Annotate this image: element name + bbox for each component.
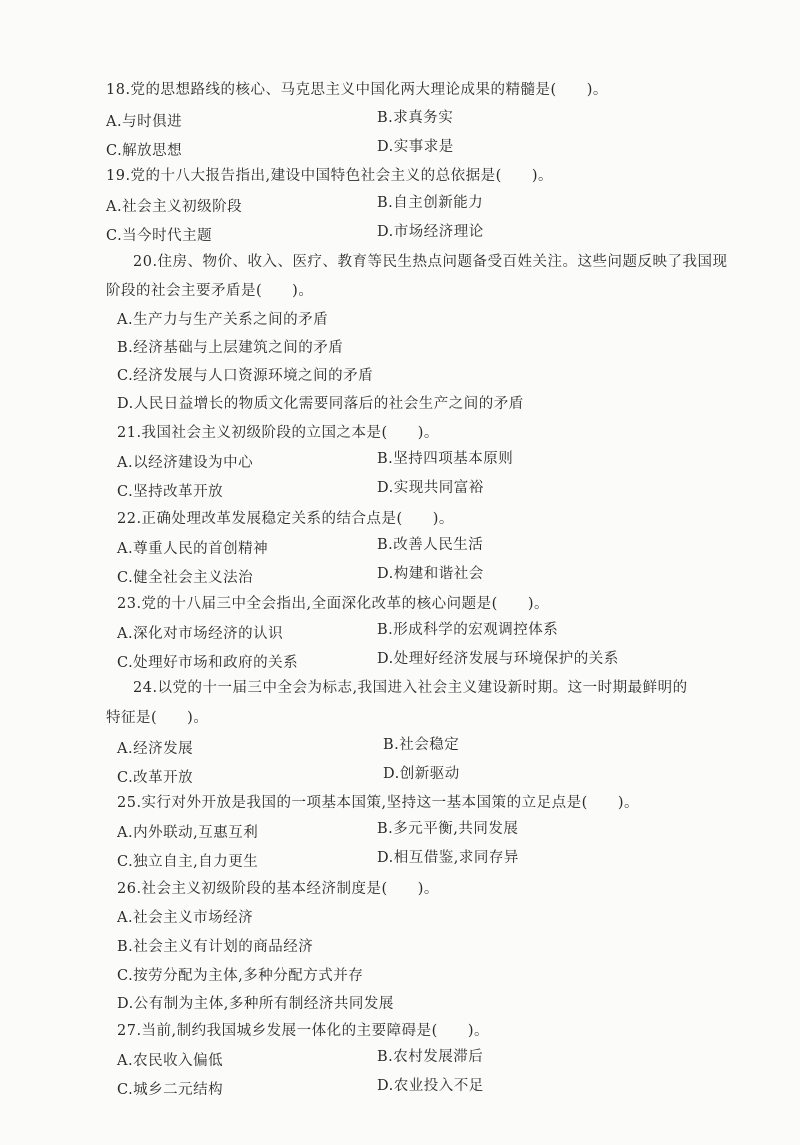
question-21-stem: 21.我国社会主义初级阶段的立国之本是( )。 xyxy=(117,421,439,442)
q27-option-d: D.农业投入不足 xyxy=(377,1074,484,1095)
q21-option-b: B.坚持四项基本原则 xyxy=(377,447,513,468)
q21-option-d: D.实现共同富裕 xyxy=(377,476,484,497)
question-26-stem: 26.社会主义初级阶段的基本经济制度是( )。 xyxy=(117,877,439,898)
question-24-stem-line2: 特征是( )。 xyxy=(106,706,208,727)
q18-option-c: C.解放思想 xyxy=(106,139,182,160)
q25-option-b: B.多元平衡,共同发展 xyxy=(377,817,518,838)
q23-option-c: C.处理好市场和政府的关系 xyxy=(117,651,298,672)
q26-option-b: B.社会主义有计划的商品经济 xyxy=(117,935,313,956)
question-22-stem: 22.正确处理改革发展稳定关系的结合点是( )。 xyxy=(117,507,454,528)
question-24-stem-line1: 24.以党的十一届三中全会为标志,我国进入社会主义建设新时期。这一时期最鲜明的 xyxy=(133,676,688,697)
q21-option-c: C.坚持改革开放 xyxy=(117,480,223,501)
q25-option-a: A.内外联动,互惠互利 xyxy=(117,821,258,842)
q22-option-c: C.健全社会主义法治 xyxy=(117,566,253,587)
question-19-stem: 19.党的十八大报告指出,建设中国特色社会主义的总依据是( )。 xyxy=(106,164,553,185)
q23-option-a: A.深化对市场经济的认识 xyxy=(117,622,283,643)
q24-option-c: C.改革开放 xyxy=(117,766,193,787)
q23-option-d: D.处理好经济发展与环境保护的关系 xyxy=(377,647,619,668)
question-23-stem: 23.党的十八届三中全会指出,全面深化改革的核心问题是( )。 xyxy=(117,592,549,613)
q27-option-a: A.农民收入偏低 xyxy=(117,1049,223,1070)
q19-option-d: D.市场经济理论 xyxy=(377,220,484,241)
q23-option-b: B.形成科学的宏观调控体系 xyxy=(377,618,558,639)
q26-option-c: C.按劳分配为主体,多种分配方式并存 xyxy=(117,964,363,985)
q19-option-b: B.自主创新能力 xyxy=(377,191,483,212)
q27-option-b: B.农村发展滞后 xyxy=(377,1045,483,1066)
exam-page: 18.党的思想路线的核心、马克思主义中国化两大理论成果的精髓是( )。 A.与时… xyxy=(0,0,800,1145)
question-18-stem: 18.党的思想路线的核心、马克思主义中国化两大理论成果的精髓是( )。 xyxy=(106,78,608,99)
q19-option-a: A.社会主义初级阶段 xyxy=(106,195,242,216)
q24-option-a: A.经济发展 xyxy=(117,737,193,758)
q22-option-b: B.改善人民生活 xyxy=(377,533,483,554)
q24-option-d: D.创新驱动 xyxy=(383,762,460,783)
q26-option-d: D.公有制为主体,多种所有制经济共同发展 xyxy=(117,992,394,1013)
q22-option-d: D.构建和谐社会 xyxy=(377,562,484,583)
q20-option-d: D.人民日益增长的物质文化需要同落后的社会生产之间的矛盾 xyxy=(117,392,524,413)
q20-option-a: A.生产力与生产关系之间的矛盾 xyxy=(117,308,328,329)
q25-option-c: C.独立自主,自力更生 xyxy=(117,850,258,871)
q18-option-b: B.求真务实 xyxy=(377,106,453,127)
q25-option-d: D.相互借鉴,求同存异 xyxy=(377,846,519,867)
q24-option-b: B.社会稳定 xyxy=(383,733,459,754)
q27-option-c: C.城乡二元结构 xyxy=(117,1078,223,1099)
question-20-stem-line1: 20.住房、物价、收入、医疗、教育等民生热点问题备受百姓关注。这些问题反映了我国… xyxy=(133,250,728,271)
question-27-stem: 27.当前,制约我国城乡发展一体化的主要障碍是( )。 xyxy=(117,1019,489,1040)
q18-option-a: A.与时俱进 xyxy=(106,110,182,131)
q20-option-c: C.经济发展与人口资源环境之间的矛盾 xyxy=(117,364,373,385)
q19-option-c: C.当今时代主题 xyxy=(106,224,212,245)
q18-option-d: D.实事求是 xyxy=(377,135,454,156)
q26-option-a: A.社会主义市场经济 xyxy=(117,906,253,927)
q20-option-b: B.经济基础与上层建筑之间的矛盾 xyxy=(117,336,343,357)
q22-option-a: A.尊重人民的首创精神 xyxy=(117,537,268,558)
q21-option-a: A.以经济建设为中心 xyxy=(117,451,253,472)
question-20-stem-line2: 阶段的社会主要矛盾是( )。 xyxy=(106,279,313,300)
question-25-stem: 25.实行对外开放是我国的一项基本国策,坚持这一基本国策的立足点是( )。 xyxy=(117,791,639,812)
